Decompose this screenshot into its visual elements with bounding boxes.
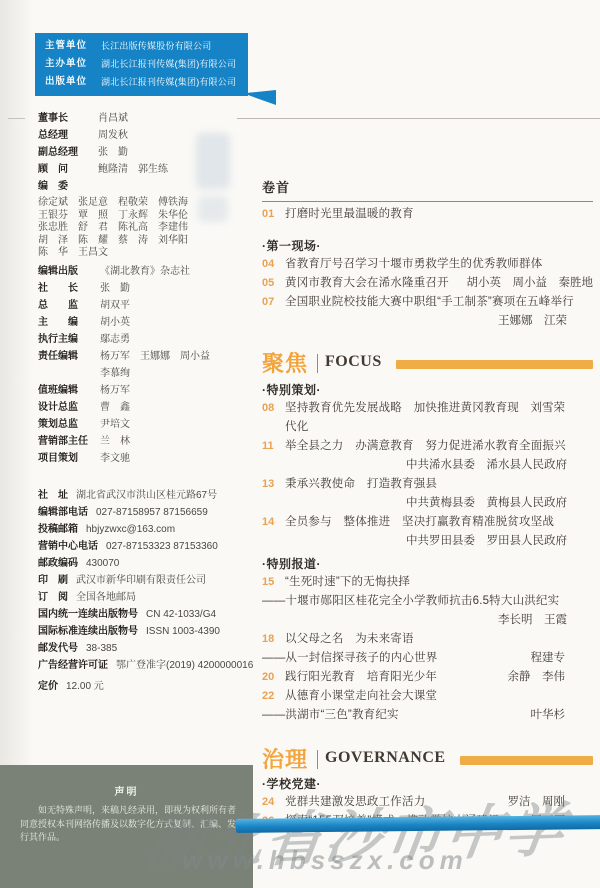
staff-label: 副总经理 [38, 146, 84, 159]
article-subtitle-line: ——十堰市郧阳区桂花完全小学教师抗击6.5特大山洪纪实 [262, 592, 593, 611]
editorial-value: 李慕绚 [100, 368, 130, 380]
section-juanshou-heading: 卷首 [262, 177, 593, 202]
contact-row: 社 址 湖北省武汉市洪山区桂元路67号 [38, 490, 254, 502]
section-governance: 治理 GOVERNANCE [262, 743, 593, 773]
contact-value: 全国各地邮局 [76, 592, 136, 604]
staff-block: 董事长 肖昌斌 总经理 周发秋 副总经理 张 勤 顾 问 鲍隆清 郭生练 编 委… [38, 112, 250, 260]
staff-value: 张 勤 [98, 146, 128, 159]
editorial-label: 策划总监 [38, 419, 90, 431]
contact-label: 社 址 [38, 490, 68, 502]
toc-column: 卷首 01 打磨时光里最温暖的教育 ·第一现场· 04 省教育厅号召学习十堰市勇… [262, 0, 593, 831]
editorial-row: 责任编辑 杨万军 王娜娜 周小益 [38, 351, 250, 363]
toc-entry: 14 全员参与 整体推进 坚决打赢教育精准脱贫攻坚战 [262, 513, 593, 532]
editorial-value: 胡小英 [100, 317, 130, 329]
contact-row: 投稿邮箱 hbjyzwxc@163.com [38, 524, 254, 536]
editorial-label: 主 编 [38, 317, 90, 329]
article-title: 黄冈市教育大会在浠水隆重召开 [285, 274, 461, 293]
editorial-row: 设计总监 曹 鑫 [38, 402, 250, 414]
contact-label: 广告经营许可证 [38, 660, 108, 672]
contact-row: 订 阅 全国各地邮局 [38, 592, 254, 604]
toc-entry: 22 从德育小课堂走向社会大课堂 [262, 687, 593, 706]
subsection-report-heading: ·特别报道· [262, 555, 593, 573]
contact-value: 武汉市新华印刷有限责任公司 [76, 575, 206, 587]
editorial-value: 尹培文 [100, 419, 130, 431]
toc-entry: 15 “生死时速”下的无悔抉择 [262, 573, 593, 592]
page-number: 05 [262, 274, 285, 293]
page-number: 04 [262, 255, 285, 274]
toc-entry: 01 打磨时光里最温暖的教育 [262, 205, 593, 224]
contact-value: hbjyzwxc@163.com [86, 524, 175, 536]
article-authors-line: 中共浠水县委 浠水县人民政府 [262, 456, 593, 475]
article-authors: 胡小英 周小益 秦胜地 [461, 274, 594, 293]
board-names-line: 王银芬 覃 照 丁永辉 朱华伦 [38, 210, 250, 223]
editorial-row: 总 监 胡双平 [38, 300, 250, 312]
contact-label: 国际标准连续出版物号 [38, 626, 138, 638]
contact-label: 编辑部电话 [38, 507, 88, 519]
article-authors: 程建专 [525, 649, 594, 668]
scan-artifact-dash [8, 118, 25, 119]
publisher-value: 湖北长江报刊传媒(集团)有限公司 [101, 57, 236, 71]
contact-value: ISSN 1003-4390 [146, 626, 220, 638]
toc-entry: 20 践行阳光教育 培育阳光少年 余静 李伟 [262, 668, 593, 687]
toc-entry: 08 坚持教育优先发展战略 加快推进黄冈教育现代化 刘雪荣 [262, 399, 593, 437]
magazine-toc-page: 主管单位 长江出版传媒股份有限公司 主办单位 湖北长江报刊传媒(集团)有限公司 … [0, 0, 600, 888]
contact-row: 国内统一连续出版物号 CN 42-1033/G4 [38, 609, 254, 621]
editorial-row: 值班编辑 杨万军 [38, 385, 250, 397]
contact-row: 邮政编码 430070 [38, 558, 254, 570]
article-authors-line: 中共黄梅县委 黄梅县人民政府 [262, 494, 593, 513]
contact-label: 邮政编码 [38, 558, 78, 570]
editorial-value: 张 勤 [100, 283, 130, 295]
section-focus: 聚焦 FOCUS [262, 347, 593, 377]
staff-row: 董事长 肖昌斌 [38, 112, 250, 125]
editorial-value: 鄢志勇 [100, 334, 130, 346]
article-title: “生死时速”下的无悔抉择 [285, 573, 593, 592]
page-number: 22 [262, 687, 285, 706]
toc-entry: 11 举全县之力 办满意教育 努力促进浠水教育全面振兴 [262, 437, 593, 456]
publisher-label: 主办单位 [45, 57, 101, 71]
page-number: 01 [262, 205, 285, 224]
publisher-value: 湖北长江报刊传媒(集团)有限公司 [101, 75, 236, 89]
contact-label: 订 阅 [38, 592, 68, 604]
editorial-label: 值班编辑 [38, 385, 90, 397]
article-subtitle: ——洪湖市“三色”教育纪实 [262, 706, 525, 725]
section-divider [317, 354, 318, 373]
scan-edge-shade [0, 0, 34, 888]
contact-value: 430070 [86, 558, 119, 570]
contact-label: 定价 [38, 681, 58, 693]
section-divider [317, 750, 318, 769]
contact-label: 国内统一连续出版物号 [38, 609, 138, 621]
contact-value: 湖北省武汉市洪山区桂元路67号 [76, 490, 217, 502]
section-title-en: GOVERNANCE [325, 749, 446, 767]
article-subtitle: ——从一封信探寻孩子的内心世界 [262, 649, 525, 668]
editorial-value: 《湖北教育》杂志社 [100, 266, 190, 278]
editorial-value: 李文驰 [100, 453, 130, 465]
editorial-row: 营销部主任 兰 林 [38, 436, 250, 448]
article-authors: 刘雪荣 [525, 399, 594, 437]
publisher-value: 长江出版传媒股份有限公司 [101, 39, 211, 53]
article-title: 省教育厅号召学习十堰市勇救学生的优秀教师群体 [285, 255, 593, 274]
toc-entry: 04 省教育厅号召学习十堰市勇救学生的优秀教师群体 [262, 255, 593, 274]
contact-value: 鄂广登准字(2019) 4200000016 [116, 660, 253, 672]
article-title: 打磨时光里最温暖的教育 [285, 205, 593, 224]
editorial-label: 总 监 [38, 300, 90, 312]
editorial-label: 项目策划 [38, 453, 90, 465]
publisher-row: 出版单位 湖北长江报刊传媒(集团)有限公司 [35, 75, 248, 89]
editorial-board-row: 编 委 [38, 180, 250, 193]
page-number: 20 [262, 668, 285, 687]
editorial-value: 曹 鑫 [100, 402, 130, 414]
contact-label: 投稿邮箱 [38, 524, 78, 536]
board-names-line: 徐定斌 张足意 程敬荣 傅铁海 [38, 197, 250, 210]
page-number: 13 [262, 475, 285, 494]
contact-block: 社 址 湖北省武汉市洪山区桂元路67号 编辑部电话 027-87158957 8… [38, 490, 254, 698]
editorial-row: 策划总监 尹培文 [38, 419, 250, 431]
article-authors-line: 王娜娜 江荣 [262, 312, 593, 331]
page-number: 11 [262, 437, 285, 456]
page-number: 08 [262, 399, 285, 437]
editorial-label [38, 368, 90, 380]
toc-entry: 18 以父母之名 为未来寄语 [262, 630, 593, 649]
staff-label: 总经理 [38, 129, 84, 142]
staff-value: 鲍隆清 郭生练 [98, 163, 168, 176]
article-title: 从德育小课堂走向社会大课堂 [285, 687, 593, 706]
article-authors-line: 中共罗田县委 罗田县人民政府 [262, 532, 593, 551]
editorial-value: 兰 林 [100, 436, 130, 448]
page-number: 07 [262, 293, 285, 312]
contact-value: 027-87158957 87156659 [96, 507, 208, 519]
staff-label: 顾 问 [38, 163, 84, 176]
editorial-value: 胡双平 [100, 300, 130, 312]
article-title: 以父母之名 为未来寄语 [285, 630, 593, 649]
board-names-line: 胡 泽 陈 耀 蔡 涛 刘华阳 [38, 235, 250, 248]
section-title-cn: 聚焦 [262, 347, 308, 378]
contact-row: 营销中心电话 027-87153323 87153360 [38, 541, 254, 553]
staff-row: 总经理 周发秋 [38, 129, 250, 142]
section-title-cn: 治理 [262, 743, 308, 774]
section-title-en: FOCUS [325, 353, 382, 371]
article-title: 坚持教育优先发展战略 加快推进黄冈教育现代化 [285, 399, 525, 437]
article-title: 全国职业院校技能大赛中职组“手工制茶”赛项在五峰举行 [285, 293, 593, 312]
board-names-line: 张忠胜 舒 君 陈礼高 李建伟 [38, 222, 250, 235]
staff-value: 肖昌斌 [98, 112, 128, 125]
toc-entry: 07 全国职业院校技能大赛中职组“手工制茶”赛项在五峰举行 [262, 293, 593, 312]
page-number: 14 [262, 513, 285, 532]
editorial-row: 项目策划 李文驰 [38, 453, 250, 465]
contact-row: 印 刷 武汉市新华印刷有限责任公司 [38, 575, 254, 587]
publisher-label: 出版单位 [45, 75, 101, 89]
contact-row: 广告经营许可证 鄂广登准字(2019) 4200000016 [38, 660, 254, 672]
article-subtitle: ——十堰市郧阳区桂花完全小学教师抗击6.5特大山洪纪实 [262, 592, 593, 611]
staff-label: 编 委 [38, 180, 84, 193]
contact-label: 邮发代号 [38, 643, 78, 655]
contact-value: 38-385 [86, 643, 117, 655]
editorial-row: 李慕绚 [38, 368, 250, 380]
editorial-label: 设计总监 [38, 402, 90, 414]
article-title: 全员参与 整体推进 坚决打赢教育精准脱贫攻坚战 [285, 513, 593, 532]
publisher-label: 主管单位 [45, 39, 101, 53]
editorial-label: 责任编辑 [38, 351, 90, 363]
editorial-row: 主 编 胡小英 [38, 317, 250, 329]
contact-value: CN 42-1033/G4 [146, 609, 216, 621]
toc-entry: 05 黄冈市教育大会在浠水隆重召开 胡小英 周小益 秦胜地 [262, 274, 593, 293]
subsection-scene-heading: ·第一现场· [262, 237, 593, 255]
editorial-label: 营销部主任 [38, 436, 90, 448]
staff-row: 副总经理 张 勤 [38, 146, 250, 159]
editorial-value: 杨万军 [100, 385, 130, 397]
toc-entry: 13 秉承兴教使命 打造教育强县 [262, 475, 593, 494]
contact-row: 国际标准连续出版物号 ISSN 1003-4390 [38, 626, 254, 638]
page-number: 18 [262, 630, 285, 649]
section-bar [396, 360, 593, 369]
publisher-row: 主管单位 长江出版传媒股份有限公司 [35, 39, 248, 53]
article-authors: 叶华杉 [525, 706, 594, 725]
publisher-row: 主办单位 湖北长江报刊传媒(集团)有限公司 [35, 57, 248, 71]
article-authors: 余静 李伟 [502, 668, 594, 687]
article-subtitle-line: ——从一封信探寻孩子的内心世界 程建专 [262, 649, 593, 668]
contact-label: 印 刷 [38, 575, 68, 587]
subsection-plan-heading: ·特别策划· [262, 381, 593, 399]
publisher-box: 主管单位 长江出版传媒股份有限公司 主办单位 湖北长江报刊传媒(集团)有限公司 … [35, 33, 248, 96]
article-subtitle-line: ——洪湖市“三色”教育纪实 叶华杉 [262, 706, 593, 725]
staff-label: 董事长 [38, 112, 84, 125]
editorial-block: 编辑出版 《湖北教育》杂志社 社 长 张 勤 总 监 胡双平 主 编 胡小英 执… [38, 266, 250, 470]
contact-row: 编辑部电话 027-87158957 87156659 [38, 507, 254, 519]
article-authors-line: 李长明 王霞 [262, 611, 593, 630]
price-value: 12.00 元 [66, 681, 104, 693]
contact-row: 邮发代号 38-385 [38, 643, 254, 655]
editorial-label: 编辑出版 [38, 266, 90, 278]
url-watermark: www.hbsszx.com [182, 845, 468, 876]
article-title: 践行阳光教育 培育阳光少年 [285, 668, 502, 687]
page-number: 15 [262, 573, 285, 592]
contact-value: 027-87153323 87153360 [106, 541, 218, 553]
editorial-label: 社 长 [38, 283, 90, 295]
editorial-row: 社 长 张 勤 [38, 283, 250, 295]
price-row: 定价 12.00 元 [38, 681, 254, 693]
board-names-line: 陈 华 王昌文 [38, 247, 250, 260]
article-title: 举全县之力 办满意教育 努力促进浠水教育全面振兴 [285, 437, 593, 456]
section-bar [460, 756, 593, 765]
article-title: 秉承兴教使命 打造教育强县 [285, 475, 593, 494]
editorial-value: 杨万军 王娜娜 周小益 [100, 351, 210, 363]
editorial-row: 执行主编 鄢志勇 [38, 334, 250, 346]
editorial-label: 执行主编 [38, 334, 90, 346]
contact-label: 营销中心电话 [38, 541, 98, 553]
staff-value: 周发秋 [98, 129, 128, 142]
staff-row: 顾 问 鲍隆清 郭生练 [38, 163, 250, 176]
editorial-row: 编辑出版 《湖北教育》杂志社 [38, 266, 250, 278]
